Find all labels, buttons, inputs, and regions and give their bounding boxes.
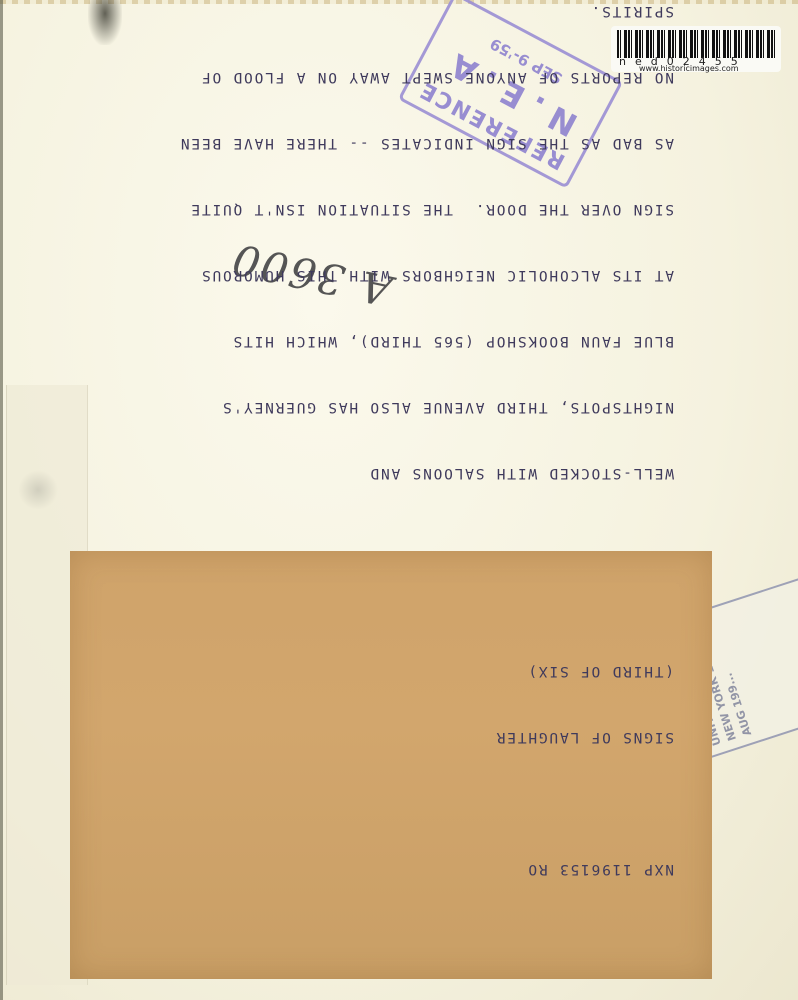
caption-rotated: NXP 1196153 RO SIGNS OF LAUGHTER (THIRD …	[70, 551, 712, 979]
paper-left-edge	[0, 0, 3, 1000]
caption-body-line: AT ITS ALCOHOLIC NEIGHBORS WITH THIS HUM…	[114, 264, 674, 286]
caption-text: NXP 1196153 RO SIGNS OF LAUGHTER (THIRD …	[114, 0, 674, 924]
spacer	[114, 594, 674, 616]
caption-body-line: NO REPORTS OF ANYONE SWEPT AWAY ON A FLO…	[114, 66, 674, 88]
caption-card: NXP 1196153 RO SIGNS OF LAUGHTER (THIRD …	[70, 551, 712, 979]
caption-body-line: SIGN OVER THE DOOR. THE SITUATION ISN'T …	[114, 198, 674, 220]
caption-id-line: NXP 1196153 RO	[114, 858, 674, 880]
caption-body-line: WELL-STOCKED WITH SALOONS AND	[114, 462, 674, 484]
tape-stain	[18, 470, 58, 510]
caption-body-line: AS BAD AS THE SIGN INDICATES -- THERE HA…	[114, 132, 674, 154]
caption-body-line: SPIRITS.	[114, 0, 674, 22]
caption-body-line: BLUE FAUN BOOKSHOP (565 THIRD), WHICH HI…	[114, 330, 674, 352]
caption-title: SIGNS OF LAUGHTER	[114, 726, 674, 748]
spacer	[114, 528, 674, 550]
caption-body-line: NIGHTSPOTS, THIRD AVENUE ALSO HAS GUERNE…	[114, 396, 674, 418]
spacer	[114, 792, 674, 814]
caption-subtitle: (THIRD OF SIX)	[114, 660, 674, 682]
